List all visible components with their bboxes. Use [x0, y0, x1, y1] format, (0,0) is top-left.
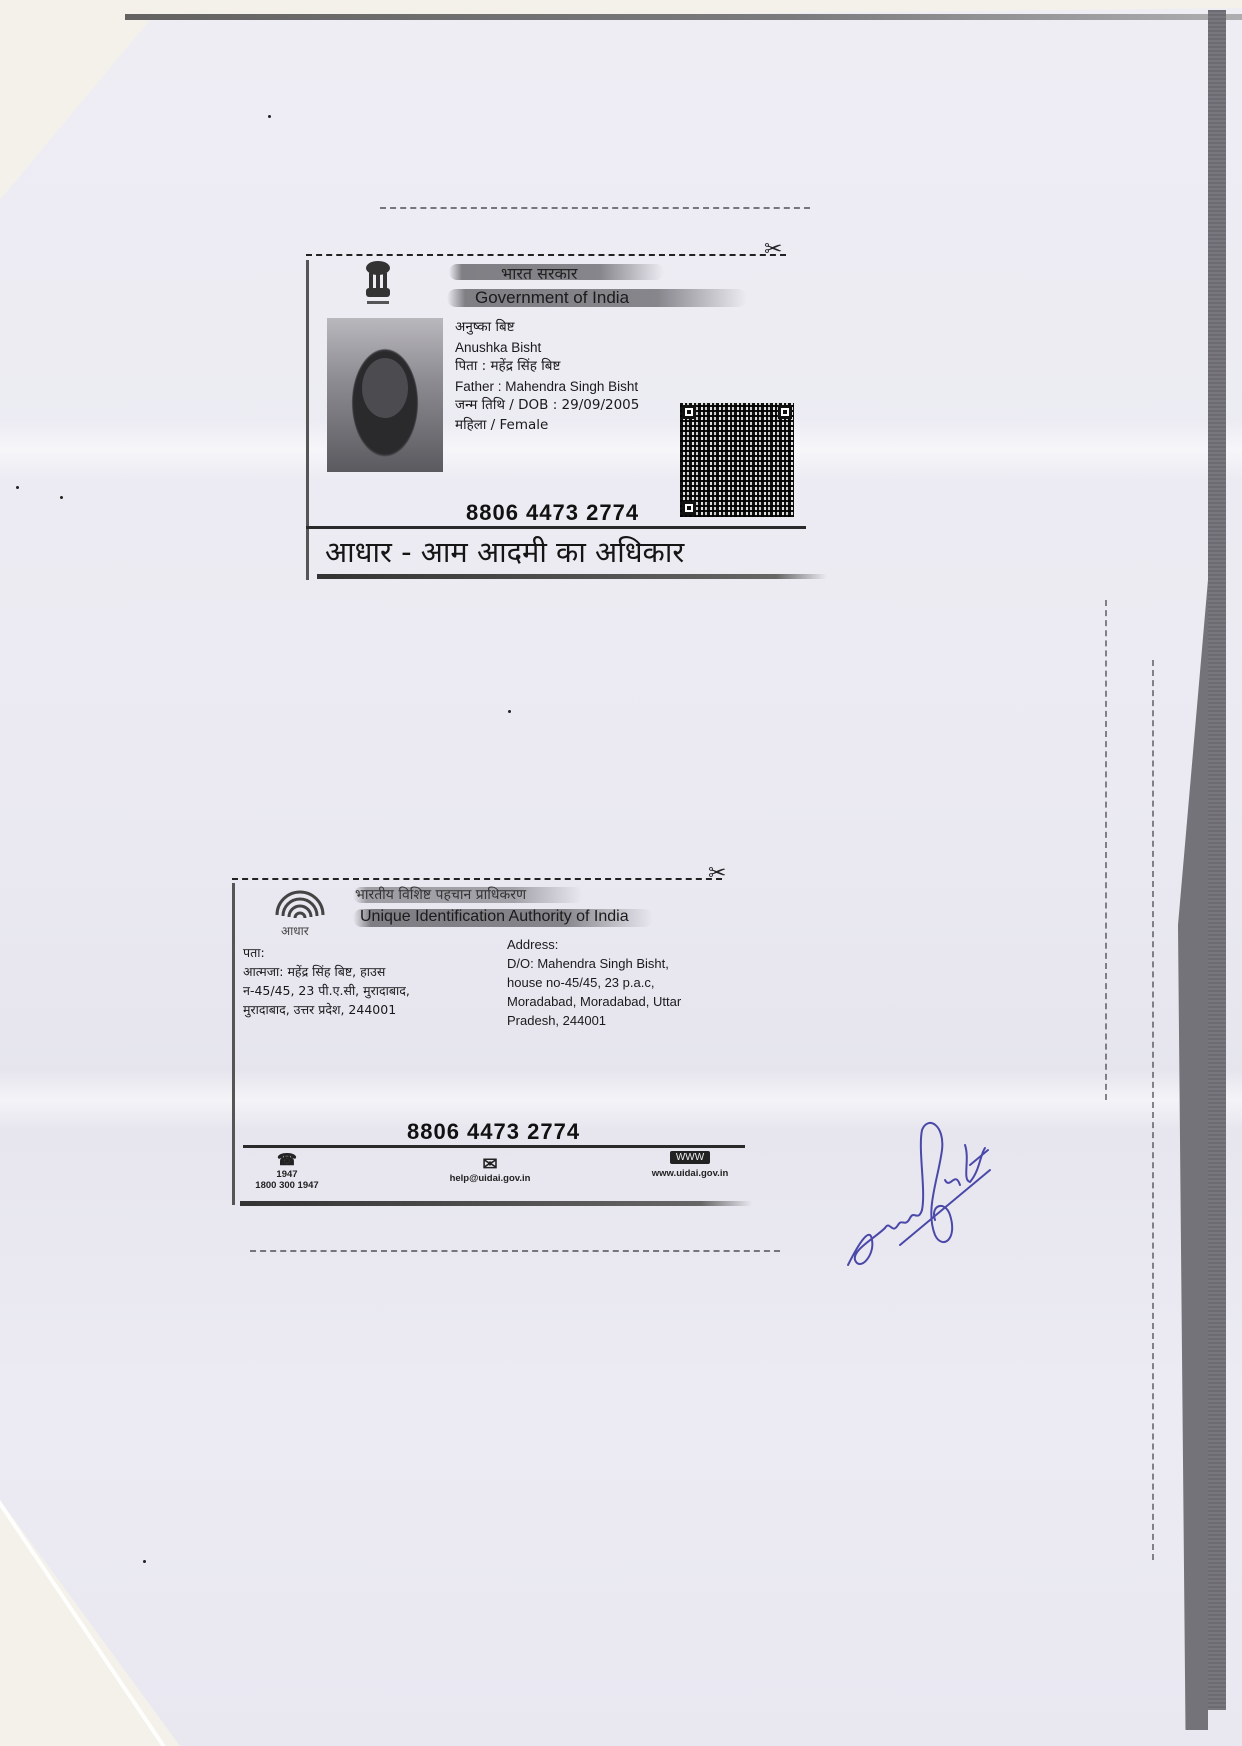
address-english-block: Address: D/O: Mahendra Singh Bisht, hous…	[507, 935, 681, 1030]
email-contact: ✉ help@uidai.gov.in	[435, 1155, 545, 1184]
aadhaar-number: 8806 4473 2774	[407, 1119, 580, 1145]
gender: महिला / Female	[455, 416, 639, 436]
card-bottom-edge	[317, 574, 827, 579]
header-hindi: भारत सरकार	[501, 262, 577, 284]
header-english: Government of India	[475, 288, 629, 308]
speck	[508, 710, 511, 713]
speck	[143, 1560, 146, 1563]
cut-line	[232, 878, 722, 880]
tagline: आधार - आम आदमी का अधिकार	[325, 532, 684, 571]
svg-text:आधार: आधार	[281, 924, 310, 937]
address-label-hindi: पता:	[243, 943, 410, 962]
qr-code	[680, 403, 794, 517]
address-line: मुरादाबाद, उत्तर प्रदेश, 244001	[243, 1000, 410, 1019]
address-line: Moradabad, Moradabad, Uttar	[507, 992, 681, 1011]
www-icon: WWW	[670, 1151, 710, 1164]
header-hindi: भारतीय विशिष्ट पहचान प्राधिकरण	[355, 885, 526, 904]
scissors-icon: ✂	[764, 238, 782, 260]
name-hindi: अनुष्का बिष्ट	[455, 318, 639, 338]
address-line: house no-45/45, 23 p.a.c,	[507, 973, 681, 992]
aadhaar-front-card: भारत सरकार Government of India अनुष्का ब…	[306, 260, 814, 580]
helpline: ☎ 1947 1800 300 1947	[247, 1153, 327, 1191]
national-emblem-icon	[361, 260, 395, 308]
speck	[60, 496, 63, 499]
address-hindi-block: पता: आत्मजा: महेंद्र सिंह बिष्ट, हाउस न-…	[243, 943, 410, 1019]
address-line: D/O: Mahendra Singh Bisht,	[507, 954, 681, 973]
address-label-english: Address:	[507, 935, 681, 954]
address-line: Pradesh, 244001	[507, 1011, 681, 1030]
father-english: Father : Mahendra Singh Bisht	[455, 377, 639, 397]
aadhaar-number: 8806 4473 2774	[466, 500, 639, 526]
divider	[306, 526, 806, 529]
helpline-short: 1947	[247, 1169, 327, 1180]
aadhaar-logo-icon: आधार	[263, 889, 337, 937]
stray-vertical-marks	[1152, 660, 1154, 1560]
divider	[243, 1145, 745, 1148]
helpline-tollfree: 1800 300 1947	[247, 1180, 327, 1191]
website-url: www.uidai.gov.in	[635, 1168, 745, 1179]
scissors-icon: ✂	[708, 862, 726, 884]
cardholder-photo	[327, 318, 443, 472]
father-hindi: पिता : महेंद्र सिंह बिष्ट	[455, 357, 639, 377]
paper-top-edge	[125, 14, 1242, 20]
signature	[830, 1110, 1000, 1285]
website-contact: WWW www.uidai.gov.in	[635, 1151, 745, 1179]
name-english: Anushka Bisht	[455, 338, 639, 358]
scan-edge-strip	[1208, 10, 1226, 1710]
cut-line	[306, 254, 786, 256]
stray-dash-line	[380, 207, 810, 209]
address-line: न-45/45, 23 पी.ए.सी, मुरादाबाद,	[243, 981, 410, 1000]
holder-details: अनुष्का बिष्ट Anushka Bisht पिता : महेंद…	[455, 318, 639, 435]
speck	[268, 115, 271, 118]
speck	[16, 486, 19, 489]
card-bottom-edge	[240, 1201, 752, 1206]
aadhaar-back-card: आधार भारतीय विशिष्ट पहचान प्राधिकरण Uniq…	[232, 883, 753, 1205]
phone-icon: ☎	[247, 1153, 327, 1169]
stray-dash-line	[250, 1250, 780, 1252]
email-address: help@uidai.gov.in	[435, 1173, 545, 1184]
stray-vertical-marks	[1105, 600, 1107, 1100]
envelope-icon: ✉	[435, 1155, 545, 1173]
dob: जन्म तिथि / DOB : 29/09/2005	[455, 396, 639, 416]
header-english: Unique Identification Authority of India	[360, 908, 629, 926]
address-line: आत्मजा: महेंद्र सिंह बिष्ट, हाउस	[243, 962, 410, 981]
